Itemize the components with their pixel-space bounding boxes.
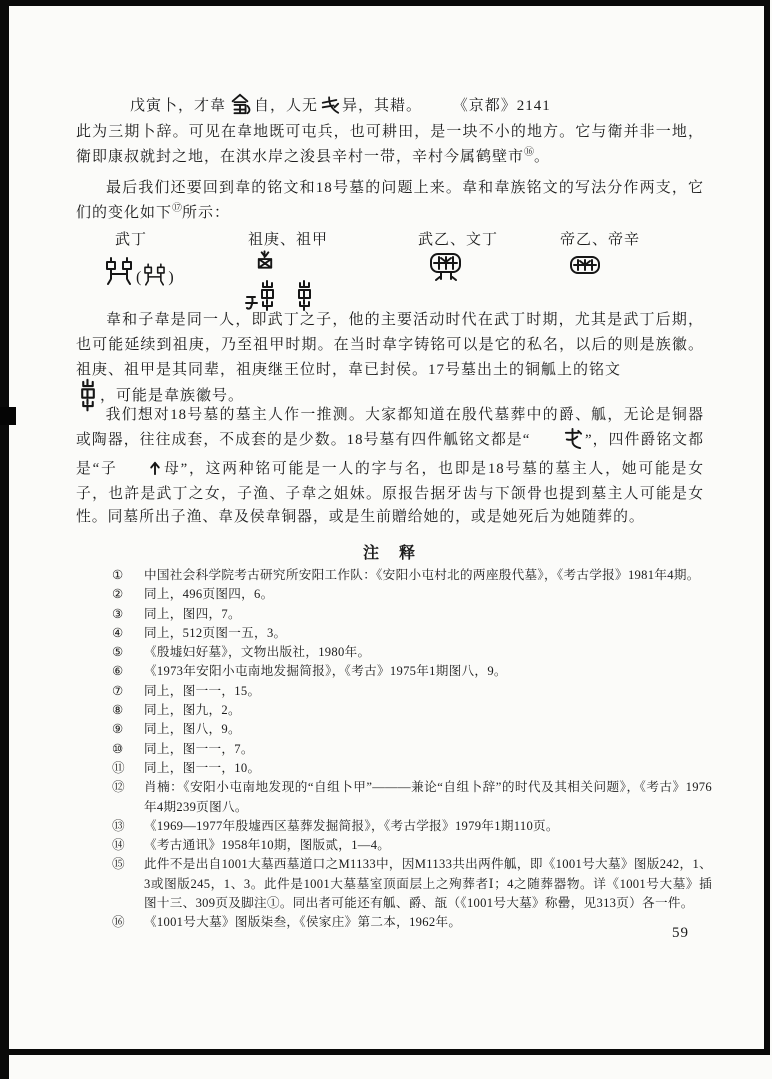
- note-text: 同上，图一一，7。: [144, 740, 712, 759]
- note-text: 肖楠：《安阳小屯南地发现的“自组卜甲”———兼论“自组卜辞”的时代及其相关问题》…: [144, 778, 712, 817]
- oracle-glyph-shu-icon: [228, 92, 252, 121]
- note-number: ⑥: [112, 662, 144, 681]
- note-item: ⑭ 《考古通讯》1958年10期，图版贰，1—4。: [112, 836, 712, 855]
- note-text: 此件不是出自1001大墓西墓道口之M1133中，因M1133共出两件觚，即《10…: [144, 855, 712, 913]
- note-text: 同上，图九，2。: [144, 701, 712, 720]
- note-item: ⑩ 同上，图一一，7。: [112, 740, 712, 759]
- notes-heading: 注 释: [76, 540, 704, 563]
- chart-column-zugeng: 祖庚、祖甲: [248, 228, 328, 249]
- note-number: ⑯: [112, 913, 144, 932]
- wei-emblem-wuding-group: (): [102, 254, 174, 293]
- paragraph-tomb-owner-inference: 我们想对18号墓的墓主人作一推测。大家都知道在殷代墓葬中的爵、觚，无论是铜器或陶…: [76, 404, 704, 529]
- note-text: 同上，图八，9。: [144, 720, 712, 739]
- note-number: ⑩: [112, 740, 144, 759]
- scanned-document-page: 戊寅卜，才韋自，人无异，其耤。 《京都》2141 此为三期卜辞。可见在韋地既可屯…: [0, 0, 772, 1079]
- note-item: ⑤ 《殷墟妇好墓》，文物出版社，1980年。: [112, 643, 712, 662]
- note-number: ⑤: [112, 643, 144, 662]
- note-item: ⑥ 《1973年安阳小屯南地发掘简报》，《考古》1975年1期图八，9。: [112, 662, 712, 681]
- paragraph-wei-identity: 韋和子韋是同一人，即武丁之子，他的主要活动时代在武丁时期，尤其是武丁后期，也可能…: [76, 308, 704, 383]
- wei-emblem-framed-icon: [568, 254, 602, 282]
- note-number: ⑨: [112, 720, 144, 739]
- scan-left-edge: [0, 0, 9, 1079]
- scan-artifact-mark: [0, 407, 16, 425]
- wei-emblem-wuding-icon: [102, 254, 136, 288]
- quote-text-2: 自，人无: [254, 98, 318, 114]
- oracle-glyph-ge-icon: [320, 95, 340, 121]
- wei-emblem-wuding-variant-icon: [141, 261, 168, 288]
- oracle-quote-line: 戊寅卜，才韋自，人无异，其耤。 《京都》2141: [130, 92, 551, 121]
- page-number: 59: [672, 925, 689, 942]
- oracle-glyph-yue-icon: [532, 427, 583, 458]
- note-number: ⑬: [112, 817, 144, 836]
- note-item: ⑧ 同上，图九，2。: [112, 701, 712, 720]
- note-item: ⑦ 同上，图一一，15。: [112, 682, 712, 701]
- wei-emblem-tall-icon: [258, 278, 277, 311]
- paren-close: ): [168, 269, 173, 286]
- note-text: 中国社会科学院考古研究所安阳工作队：《安阳小屯村北的两座殷代墓》，《考古学报》1…: [144, 566, 712, 585]
- note-number: ①: [112, 566, 144, 585]
- note-item: ⑬ 《1969—1977年殷墟西区墓葬发掘简报》，《考古学报》1979年1期11…: [112, 817, 712, 836]
- wei-emblem-framed-with-legs-icon: [428, 250, 464, 289]
- note-number: ⑪: [112, 759, 144, 778]
- note-text: 同上，图一一，10。: [144, 759, 712, 778]
- note-text: 《1969—1977年殷墟西区墓葬发掘简报》，《考古学报》1979年1期110页…: [144, 817, 712, 836]
- note-number: ③: [112, 605, 144, 624]
- note-item: ⑫ 肖楠：《安阳小屯南地发现的“自组卜甲”———兼论“自组卜辞”的时代及其相关问…: [112, 778, 712, 817]
- note-item: ⑨ 同上，图八，9。: [112, 720, 712, 739]
- note-item: ④ 同上，512页图一五，3。: [112, 624, 712, 643]
- note-item: ① 中国社会科学院考古研究所安阳工作队：《安阳小屯村北的两座殷代墓》，《考古学报…: [112, 566, 712, 585]
- note-number: ⑦: [112, 682, 144, 701]
- chart-column-wuyi: 武乙、文丁: [418, 228, 498, 249]
- notes-list: ① 中国社会科学院考古研究所安阳工作队：《安阳小屯村北的两座殷代墓》，《考古学报…: [112, 566, 712, 933]
- note-number: ⑭: [112, 836, 144, 855]
- quote-text-1: 戊寅卜，才韋: [130, 98, 226, 114]
- note-text: 《殷墟妇好墓》，文物出版社，1980年。: [144, 643, 712, 662]
- wei-emblem-tall-icon: [295, 278, 314, 311]
- chart-column-wuding: 武丁: [115, 228, 147, 249]
- paragraph-1-text: 此为三期卜辞。可见在韋地既可屯兵，也可耕田，是一块不小的地方。它与衛并非一地，衛…: [76, 124, 704, 165]
- footnote-ref-17: ⑰: [172, 203, 182, 214]
- note-number: ⑮: [112, 855, 144, 874]
- note-item: ⑮ 此件不是出自1001大墓西墓道口之M1133中，因M1133共出两件觚，即《…: [112, 855, 712, 913]
- note-item: ② 同上，496页图四，6。: [112, 585, 712, 604]
- paragraph-4-text-3: 母”，这两种铭可能是一人的字与名，也即是18号墓的墓主人，她可能是女子，也許是武…: [76, 461, 704, 526]
- paragraph-3-tail-text: ，可能是韋族徽号。: [100, 388, 244, 404]
- note-number: ②: [112, 585, 144, 604]
- emblem-evolution-chart: 武丁 祖庚、祖甲 武乙、文丁 帝乙、帝辛 (): [76, 228, 704, 310]
- paragraph-inscription-intro: 最后我们还要回到韋的铭文和18号墓的问题上来。韋和韋族铭文的写法分作两支，它们的…: [76, 176, 704, 226]
- paragraph-2-text: 最后我们还要回到韋的铭文和18号墓的问题上来。韋和韋族铭文的写法分作两支，它们的…: [76, 180, 704, 221]
- paragraph-period-discussion: 此为三期卜辞。可见在韋地既可屯兵，也可耕田，是一块不小的地方。它与衛并非一地，衛…: [76, 120, 704, 170]
- note-item: ③ 同上，图四，7。: [112, 605, 712, 624]
- note-number: ⑧: [112, 701, 144, 720]
- paragraph-2-end: 所示：: [182, 205, 230, 221]
- paragraph-3-text: 韋和子韋是同一人，即武丁之子，他的主要活动时代在武丁时期，尤其是武丁后期，也可能…: [76, 312, 704, 378]
- note-text: 《1973年安阳小屯南地发掘简报》，《考古》1975年1期图八，9。: [144, 662, 712, 681]
- chart-column-diyi: 帝乙、帝辛: [560, 228, 640, 249]
- quote-source: 《京都》2141: [453, 94, 551, 115]
- paragraph-1-end: 。: [534, 149, 550, 165]
- note-number: ④: [112, 624, 144, 643]
- note-text: 同上，512页图一五，3。: [144, 624, 712, 643]
- note-text: 同上，496页图四，6。: [144, 585, 712, 604]
- footnote-ref-16: ⑯: [524, 147, 534, 158]
- wei-emblem-zugeng-top-icon: [254, 248, 276, 277]
- note-text: 《考古通讯》1958年10期，图版贰，1—4。: [144, 836, 712, 855]
- note-text: 《1001号大墓》图版柒叁，《侯家庄》第二本，1962年。: [144, 913, 712, 932]
- note-item: ⑪ 同上，图一一，10。: [112, 759, 712, 778]
- quote-text-3: 异，其耤。: [342, 98, 422, 114]
- arrow-up-glyph-icon: [120, 459, 162, 484]
- note-item: ⑯ 《1001号大墓》图版柒叁，《侯家庄》第二本，1962年。: [112, 913, 712, 932]
- note-text: 同上，图一一，15。: [144, 682, 712, 701]
- note-text: 同上，图四，7。: [144, 605, 712, 624]
- note-number: ⑫: [112, 778, 144, 797]
